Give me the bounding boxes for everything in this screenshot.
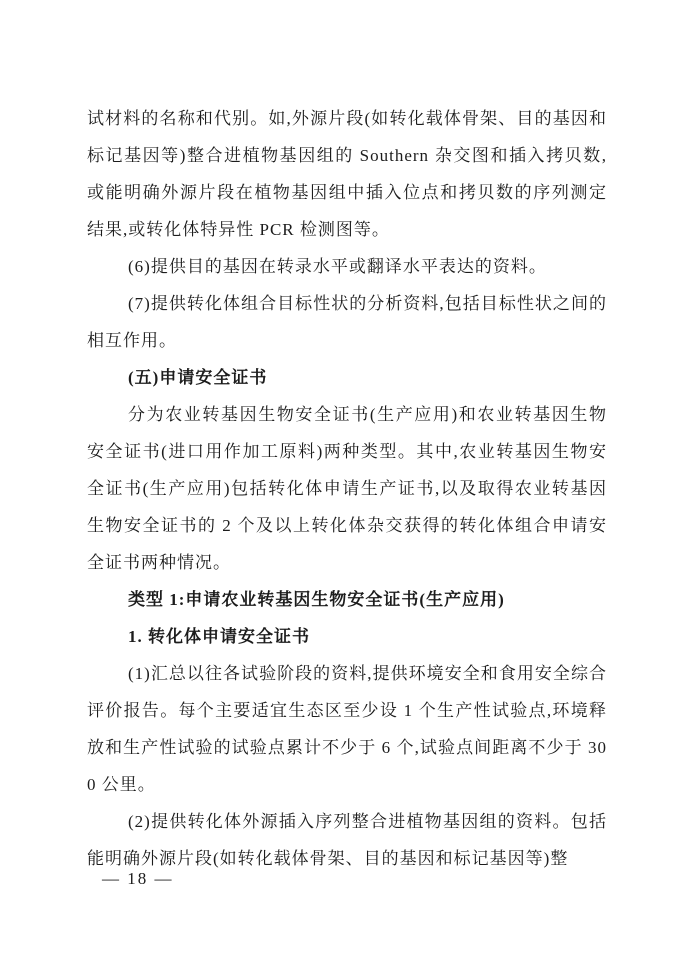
section-heading-5: (五)申请安全证书 [87, 359, 607, 396]
page-number: — 18 — [102, 869, 174, 889]
sub-heading-1: 1. 转化体申请安全证书 [87, 618, 607, 655]
paragraph-certificate-types: 分为农业转基因生物安全证书(生产应用)和农业转基因生物安全证书(进口用作加工原料… [87, 396, 607, 581]
paragraph-item-1: (1)汇总以往各试验阶段的资料,提供环境安全和食用安全综合评价报告。每个主要适宜… [87, 655, 607, 803]
paragraph-item-2-cutoff: (2)提供转化体外源插入序列整合进植物基因组的资料。包括能明确外源片段(如转化载… [87, 803, 607, 877]
paragraph-continuation: 试材料的名称和代别。如,外源片段(如转化载体骨架、目的基因和标记基因等)整合进植… [87, 100, 607, 248]
paragraph-item-6: (6)提供目的基因在转录水平或翻译水平表达的资料。 [87, 248, 607, 285]
paragraph-item-7: (7)提供转化体组合目标性状的分析资料,包括目标性状之间的相互作用。 [87, 285, 607, 359]
document-body: 试材料的名称和代别。如,外源片段(如转化载体骨架、目的基因和标记基因等)整合进植… [87, 100, 607, 877]
document-page: 试材料的名称和代别。如,外源片段(如转化载体骨架、目的基因和标记基因等)整合进植… [0, 0, 690, 975]
sub-heading-type-1: 类型 1:申请农业转基因生物安全证书(生产应用) [87, 581, 607, 618]
